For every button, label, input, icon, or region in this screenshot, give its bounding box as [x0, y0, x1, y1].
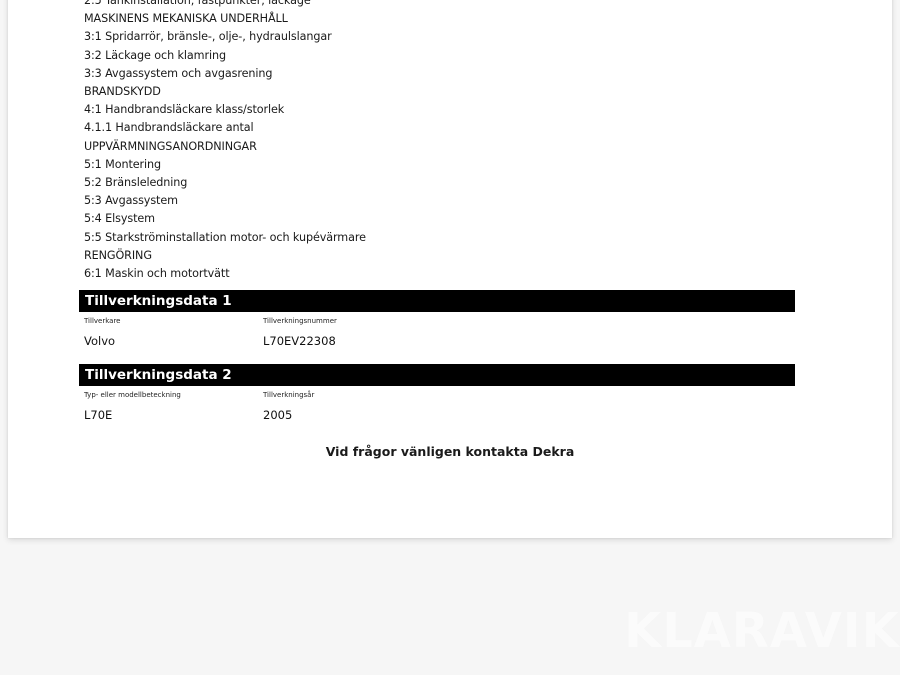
checklist-item: 5:1 Montering — [84, 156, 366, 174]
checklist-item: 5:5 Starkströminstallation motor- och ku… — [84, 229, 366, 247]
checklist-heading: MASKINENS MEKANISKA UNDERHÅLL — [84, 10, 366, 28]
section-header-tillverkningsdata-2: Tillverkningsdata 2 — [79, 364, 795, 386]
klaravik-watermark-logo: KLARAVIK — [624, 603, 900, 659]
field-value-manufacturer: Volvo — [84, 334, 115, 348]
field-label-serial-number: Tillverkningsnummer — [263, 317, 337, 325]
document-page: 2:5 Tankinstallation, fästpunkter, läcka… — [8, 0, 892, 538]
checklist-item: 3:2 Läckage och klamring — [84, 47, 366, 65]
checklist-item: 5:2 Bränsleledning — [84, 174, 366, 192]
inspection-checklist: 2:5 Tankinstallation, fästpunkter, läcka… — [84, 0, 366, 283]
section-header-tillverkningsdata-1: Tillverkningsdata 1 — [79, 290, 795, 312]
checklist-heading: UPPVÄRMNINGSANORDNINGAR — [84, 138, 366, 156]
field-value-year: 2005 — [263, 408, 292, 422]
field-value-serial-number: L70EV22308 — [263, 334, 336, 348]
field-value-model: L70E — [84, 408, 112, 422]
checklist-heading: BRANDSKYDD — [84, 83, 366, 101]
checklist-item: 4:1 Handbrandsläckare klass/storlek — [84, 101, 366, 119]
field-label-year: Tillverkningsår — [263, 391, 314, 399]
contact-note: Vid frågor vänligen kontakta Dekra — [8, 444, 892, 459]
field-label-model: Typ- eller modellbeteckning — [84, 391, 181, 399]
checklist-item: 6:1 Maskin och motortvätt — [84, 265, 366, 283]
checklist-item: 3:3 Avgassystem och avgasrening — [84, 65, 366, 83]
checklist-item: 5:3 Avgassystem — [84, 192, 366, 210]
checklist-item: 4.1.1 Handbrandsläckare antal — [84, 119, 366, 137]
checklist-item: 5:4 Elsystem — [84, 210, 366, 228]
checklist-item: 3:1 Spridarrör, bränsle-, olje-, hydraul… — [84, 28, 366, 46]
checklist-item-cut: 2:5 Tankinstallation, fästpunkter, läcka… — [84, 0, 366, 10]
checklist-heading: RENGÖRING — [84, 247, 366, 265]
field-label-manufacturer: Tillverkare — [84, 317, 120, 325]
